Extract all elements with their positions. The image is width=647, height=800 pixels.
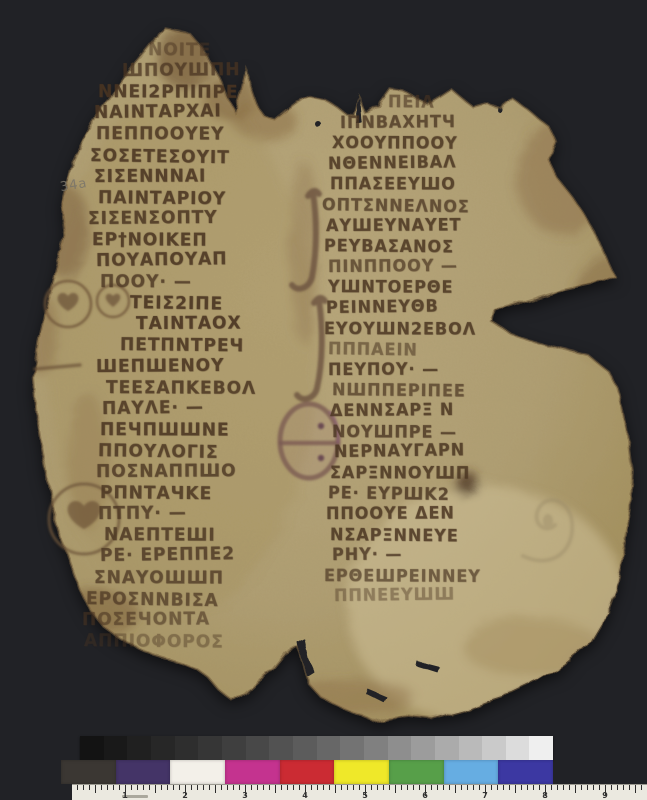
ruler-tick (389, 785, 390, 790)
color-patch-red (280, 760, 335, 784)
ruler-number: 2 (182, 791, 188, 800)
ruler-tick (251, 785, 252, 790)
color-patch-magenta (225, 760, 280, 784)
ruler-tick (233, 785, 234, 790)
ruler-number: 7 (482, 791, 488, 800)
manuscript-line: ΝΑΙΝΤΑΡΧΑΙ (94, 101, 222, 124)
ruler-tick (461, 785, 462, 790)
manuscript-line: ΑΥШΕΥΝΑΥΕΤ (326, 215, 462, 235)
ruler-tick (329, 785, 330, 790)
grayscale-step (127, 736, 151, 760)
ruler-tick (593, 785, 594, 790)
manuscript-line: ΠΠΠΑΕΙΝ (328, 339, 418, 360)
ruler-tick (161, 785, 162, 790)
manuscript-line: ΝШΠΠΕΡΙΠΕΕ (332, 380, 466, 401)
color-patch-green (389, 760, 444, 784)
ruler-tick (419, 785, 420, 790)
ruler-tick (167, 785, 168, 790)
ruler-tick (275, 785, 276, 793)
ruler-number: 3 (242, 791, 248, 800)
ruler-tick (437, 785, 438, 790)
ruler-tick (77, 785, 78, 790)
manuscript-line: ΙΠΝΒΑΧΗΤЧ (340, 111, 456, 132)
ruler-tick (407, 785, 408, 790)
ruler-tick (191, 785, 192, 790)
manuscript-line: ΣΝΑΥΟШШΠ (94, 567, 224, 588)
ruler-tick (101, 785, 102, 790)
manuscript-line: ΠΕЧΠШШΝΕ (100, 419, 230, 440)
grayscale-step (435, 736, 459, 760)
ruler-tick (497, 785, 498, 790)
ruler-tick (269, 785, 270, 790)
ruler-tick (143, 785, 144, 790)
manuscript-line: ΠΟΟΥ· — (100, 272, 192, 293)
manuscript-line: ΣΙΣΕΝΣΟΠΤΥ (88, 207, 218, 229)
manuscript-line: ШΠΟΥШΠΗ (122, 60, 241, 82)
grayscale-step (529, 736, 553, 760)
ruler-tick (527, 785, 528, 790)
grayscale-step (459, 736, 483, 760)
grayscale-step (151, 736, 175, 760)
grayscale-calibration-strip (80, 736, 553, 760)
ruler-tick (215, 785, 216, 793)
ruler-tick (473, 785, 474, 790)
manuscript-line: ΟΠΤΣΝΝΕΛΝΟΣ (322, 195, 470, 217)
manuscript-line: ΕΥΟΥШΝ2ΕΒΟΛ (324, 318, 476, 338)
ruler-tick (587, 785, 588, 790)
ruler-tick (173, 785, 174, 790)
manuscript-line: ΧΟΟΥΠΠΟΟΥ (332, 133, 458, 153)
manuscript-line: ΕΡΟΣΝΝΒΙΣΑ (86, 588, 219, 611)
manuscript-line: ΣΟΣΕΤΕΣΟΥΙΤ (90, 145, 230, 168)
ruler-tick (575, 785, 576, 793)
ruler-tick (539, 785, 540, 790)
ruler-number: 1 (122, 791, 128, 800)
ruler-number: 8 (542, 791, 548, 800)
ruler-number: 9 (602, 791, 608, 800)
ruler-tick (341, 785, 342, 790)
manuscript-line: ΝΟΙΤΕ (148, 40, 211, 61)
ruler: 123456789 (72, 784, 647, 800)
manuscript-line: ΤΕΙΣ2ΙΠΕ (130, 293, 223, 315)
ruler-tick (347, 785, 348, 790)
ruler-tick (203, 785, 204, 790)
ruler-tick (221, 785, 222, 790)
ruler-tick (209, 785, 210, 790)
ruler-tick (617, 785, 618, 790)
grayscale-step (198, 736, 222, 760)
manuscript-line: ΡΕ· ΕΡΕΠΠΕ2 (100, 544, 235, 567)
ruler-tick (95, 785, 96, 793)
manuscript-line: ΠΕΠΠΟΟΥΕΥ (96, 124, 225, 145)
grayscale-step (104, 736, 128, 760)
manuscript-line: ΣΑΡΞΝΝΟΥШΠ (330, 462, 470, 482)
grayscale-step (411, 736, 435, 760)
color-patch-violet (116, 760, 171, 784)
manuscript-line: ΡΠΝΤΑЧΚΕ (100, 483, 212, 505)
ruler-tick (155, 785, 156, 793)
ruler-number: 5 (362, 791, 368, 800)
manuscript-line: ΝΕΡΝΑΥΓΑΡΝ (334, 440, 465, 462)
ruler-tick (119, 785, 120, 790)
manuscript-line: ΡΗΥ· — (332, 544, 403, 564)
color-patch-white (170, 760, 225, 784)
ruler-tick (239, 785, 240, 790)
manuscript-line: ΠΠΑΣΕΕΥШΟ (330, 174, 456, 194)
ruler-tick (521, 785, 522, 790)
ruler-tick (557, 785, 558, 790)
ruler-tick (281, 785, 282, 790)
ruler-tick (137, 785, 138, 790)
manuscript-line: ΤΕΕΣΑΠΚΕΒΟΛ (106, 377, 256, 399)
ruler-tick (299, 785, 300, 790)
manuscript-line: ΠΟΣΝΑΠΠШΟ (96, 461, 237, 483)
ruler-tick (353, 785, 354, 790)
manuscript-line: ΡΕΙΝΝΕΥΘΒ (326, 296, 439, 317)
color-patch-indigo (498, 760, 553, 784)
ruler-tick (413, 785, 414, 790)
manuscript-line: ΕΡ†ΝΟΙΚΕΠ (92, 229, 208, 250)
ruler-tick (317, 785, 318, 790)
ruler-tick (371, 785, 372, 790)
ruler-tick (395, 785, 396, 793)
manuscript-line: ΠΑΥΛΕ· — (102, 397, 204, 419)
manuscript-line: ΣΙΣΕΝΝΝΑΙ (94, 166, 206, 187)
grayscale-step (482, 736, 506, 760)
ruler-tick (227, 785, 228, 790)
grayscale-step (293, 736, 317, 760)
ruler-tick (401, 785, 402, 790)
manuscript-line: ΠΕΥΠΟΥ· — (328, 359, 439, 379)
color-calibration-strip (61, 760, 553, 784)
manuscript-line: ΝΣΑΡΞΝΝΕΥΕ (330, 524, 459, 545)
ruler-tick (107, 785, 108, 790)
manuscript-line: ΠΑΙΝΤΑΡΙΟΥ (98, 187, 226, 209)
manuscript-line: ΠΕΙΛ (388, 92, 435, 112)
ruler-tick (89, 785, 90, 790)
grayscale-step (340, 736, 364, 760)
ruler-tick (293, 785, 294, 790)
ruler-tick (641, 785, 642, 790)
ruler-tick (599, 785, 600, 790)
ruler-tick (443, 785, 444, 790)
photo-stage: 34a ΝΟΙΤΕШΠΟΥШΠΗΝΝΕΙ2ΡΠΙΠΡΕΝΑΙΝΤΑΡΧΑΙΠΕΠ… (0, 0, 647, 800)
grayscale-step (388, 736, 412, 760)
manuscript-line: ΥШΝΤΟΕΡΘΕ (328, 277, 454, 297)
manuscript-line: ΤΑΙΝΤΑΟΧ (136, 313, 242, 334)
ruler-tick (569, 785, 570, 790)
manuscript-line: ΝΑΕΠΤΕШΙ (104, 525, 216, 546)
ruler-tick (197, 785, 198, 790)
ruler-tick (83, 785, 84, 790)
ruler-tick (467, 785, 468, 790)
ruler-tick (311, 785, 312, 790)
manuscript-line: ΠΙΝΠΠΟΟΥ — (328, 255, 458, 276)
manuscript-line: ΝΘΕΝΝΕΙΒΑΛ (328, 152, 457, 174)
ruler-tick (263, 785, 264, 790)
grayscale-step (222, 736, 246, 760)
ruler-tick (449, 785, 450, 790)
ruler-tick (629, 785, 630, 790)
ruler-tick (359, 785, 360, 790)
ruler-tick (581, 785, 582, 790)
grayscale-step (246, 736, 270, 760)
ruler-tick (149, 785, 150, 790)
manuscript-line: ΠΠΟΥΛΟΓΙΣ (98, 440, 219, 463)
color-patch-yellow (334, 760, 389, 784)
grayscale-step (175, 736, 199, 760)
ruler-tick (377, 785, 378, 790)
manuscript-line: ΝΟΥШΠΡΕ — (332, 421, 457, 441)
manuscript-line: ΠΠΟΟΥΕ ΔΕΝ (326, 503, 455, 523)
manuscript-line: ШΕΠШΕΝΟΥ (96, 355, 225, 377)
manuscript-line: ΑΠΠΙΟΦΟΡΟΣ (84, 630, 224, 652)
manuscript-line: ΠΟΣΕЧΟΝΤΑ (82, 609, 210, 630)
ruler-tick (635, 785, 636, 793)
ruler-tick (179, 785, 180, 790)
manuscript-line: ΡΕΥΒΑΣΑΝΟΣ (324, 236, 454, 257)
manuscript-line: ΡΕ· ΕΥΡШΚ2 (328, 483, 450, 505)
grayscale-step (80, 736, 104, 760)
ruler-tick (257, 785, 258, 790)
grayscale-step (269, 736, 293, 760)
ruler-tick (113, 785, 114, 790)
ruler-tick (515, 785, 516, 793)
ruler-tick (533, 785, 534, 790)
manuscript-line: ΠΕΤΠΝΤΡΕЧ (120, 335, 245, 357)
manuscript-line: ΠΠΝΕΕΥШШ (334, 584, 455, 605)
ruler-tick (503, 785, 504, 790)
grayscale-step (364, 736, 388, 760)
ruler-number: 4 (302, 791, 308, 800)
ruler-tick (491, 785, 492, 790)
manuscript-line: ΠΟΥΑΠΟΥΑΠ (96, 249, 228, 272)
grayscale-step (317, 736, 341, 760)
grayscale-step (506, 736, 530, 760)
color-patch-sky-blue (444, 760, 499, 784)
ruler-tick (431, 785, 432, 790)
ruler-tick (551, 785, 552, 790)
ruler-tick (383, 785, 384, 790)
ruler-tick (509, 785, 510, 790)
ruler-tick (287, 785, 288, 790)
ruler-number: 6 (422, 791, 428, 800)
ruler-tick (131, 785, 132, 790)
ruler-tick (323, 785, 324, 790)
ruler-tick (563, 785, 564, 790)
color-patch-warm-black (61, 760, 116, 784)
ruler-tick (455, 785, 456, 793)
ruler-tick (623, 785, 624, 790)
manuscript-line: ΕΡΘΕШΡΕΙΝΝΕΥ (324, 565, 481, 586)
manuscript-line: ΠΤΠΥ· — (98, 503, 187, 525)
ruler-tick (335, 785, 336, 793)
manuscript-line: ΔΕΝΝΣΑΡΞ Ν (330, 400, 454, 421)
ruler-tick (611, 785, 612, 790)
ruler-tick (479, 785, 480, 790)
